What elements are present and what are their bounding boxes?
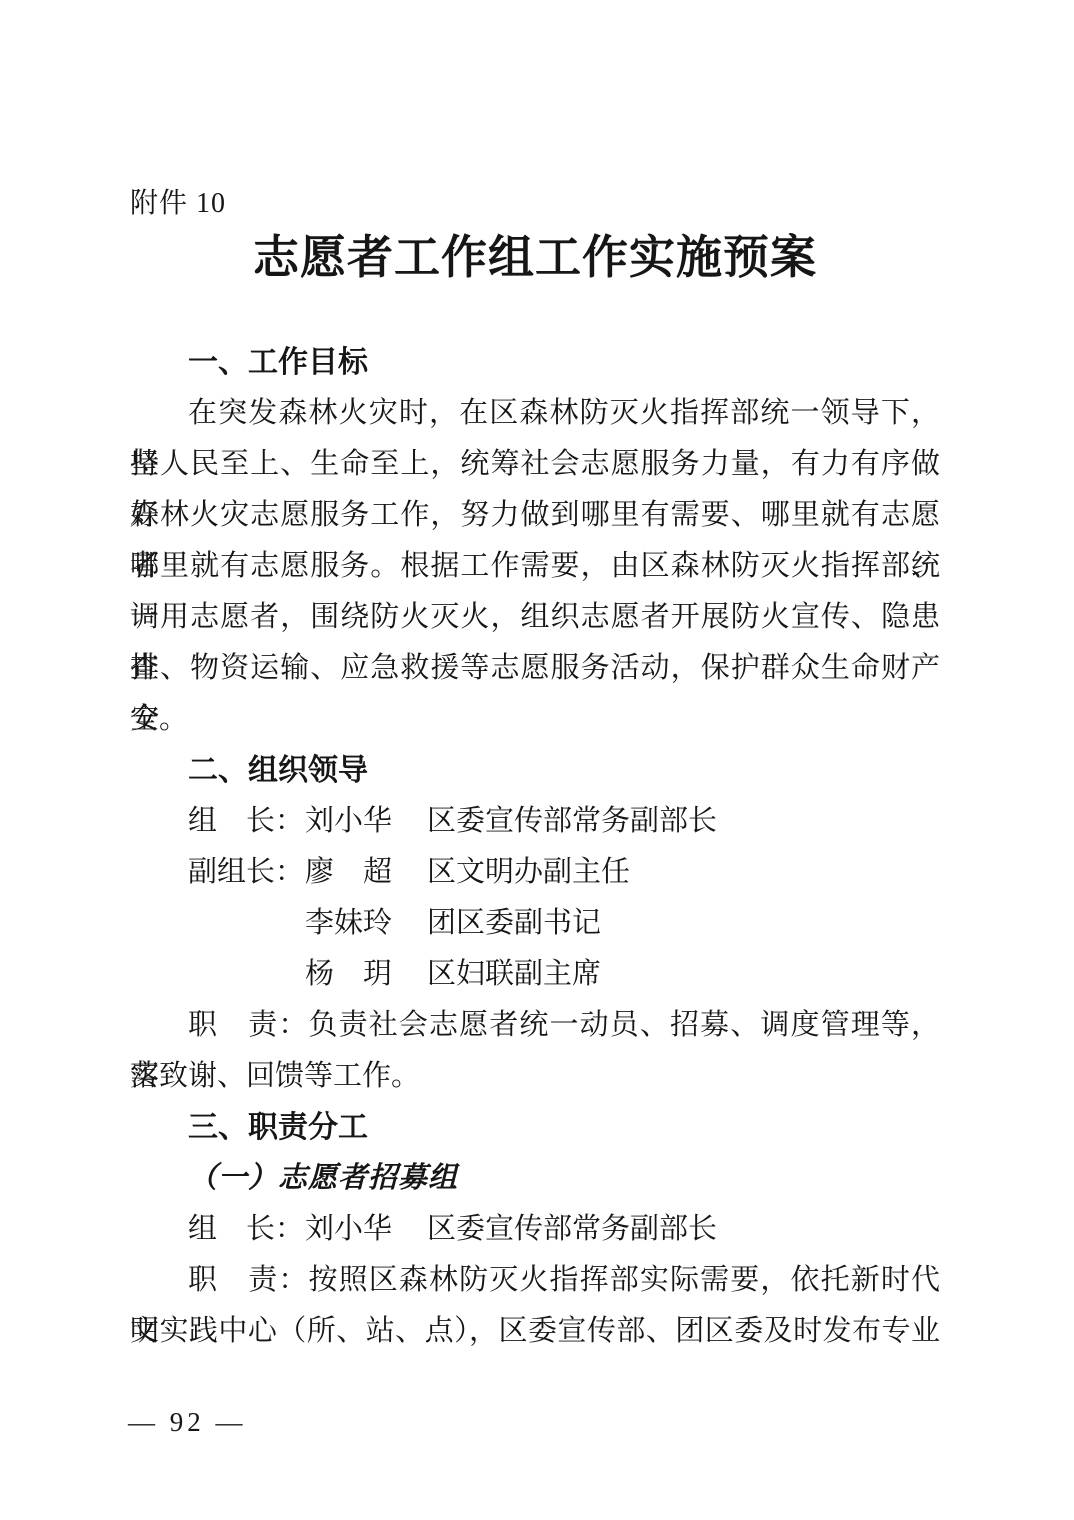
leader-name: 刘小华 xyxy=(305,796,427,847)
leader-name: 廖 超 xyxy=(305,847,427,898)
section3-subheading: （一）志愿者招募组 xyxy=(130,1153,940,1204)
section3-heading: 三、职责分工 xyxy=(130,1102,940,1153)
body-line: 哪里就有志愿服务。根据工作需要，由区森林防灭火指挥部统一 xyxy=(130,541,940,592)
leader-title: 区文明办副主任 xyxy=(427,847,630,898)
body-line: 在突发森林火灾时，在区森林防灭火指挥部统一领导下，坚 xyxy=(130,388,940,439)
document-body: 一、工作目标 在突发森林火灾时，在区森林防灭火指挥部统一领导下，坚 持人民至上、… xyxy=(130,337,940,1357)
leader-name: 刘小华 xyxy=(305,1204,427,1255)
leader-label: 组 长： xyxy=(188,796,305,847)
leader-title: 区委宣传部常务副部长 xyxy=(427,796,717,847)
leader-name: 李妹玲 xyxy=(305,898,427,949)
leader-row: 李妹玲 团区委副书记 xyxy=(130,898,940,949)
body-line: 森林火灾志愿服务工作，努力做到哪里有需要、哪里就有志愿者、 xyxy=(130,490,940,541)
leader-title: 团区委副书记 xyxy=(427,898,601,949)
section2-heading: 二、组织领导 xyxy=(130,745,940,796)
leader-label: 组 长： xyxy=(188,1204,305,1255)
leader-row: 副组长： 廖 超 区文明办副主任 xyxy=(130,847,940,898)
section1-heading: 一、工作目标 xyxy=(130,337,940,388)
leader-label xyxy=(188,898,305,949)
leader-row: 组 长： 刘小华 区委宣传部常务副部长 xyxy=(130,796,940,847)
body-line: 实致谢、回馈等工作。 xyxy=(130,1051,940,1102)
leader-label xyxy=(188,949,305,1000)
leader-name: 杨 玥 xyxy=(305,949,427,1000)
attachment-label: 附件 10 xyxy=(130,186,226,222)
body-line: 调用志愿者，围绕防火灭火，组织志愿者开展防火宣传、隐患排 xyxy=(130,592,940,643)
leader-title: 区委宣传部常务副部长 xyxy=(427,1204,717,1255)
body-line: 全。 xyxy=(130,694,940,745)
document-title: 志愿者工作组工作实施预案 xyxy=(130,222,940,294)
page-number: — 92 — xyxy=(128,1404,247,1440)
body-line: 持人民至上、生命至上，统筹社会志愿服务力量，有力有序做好 xyxy=(130,439,940,490)
body-line: 职 责：负责社会志愿者统一动员、招募、调度管理等，落 xyxy=(130,1000,940,1051)
leader-row: 杨 玥 区妇联副主席 xyxy=(130,949,940,1000)
leader-row: 组 长： 刘小华 区委宣传部常务副部长 xyxy=(130,1204,940,1255)
leader-label: 副组长： xyxy=(188,847,305,898)
body-line: 明实践中心（所、站、点），区委宣传部、团区委及时发布专业 xyxy=(130,1306,940,1357)
body-line: 职 责：按照区森林防灭火指挥部实际需要，依托新时代文 xyxy=(130,1255,940,1306)
document-page: 附件 10 志愿者工作组工作实施预案 一、工作目标 在突发森林火灾时，在区森林防… xyxy=(0,0,1074,1520)
leader-title: 区妇联副主席 xyxy=(427,949,601,1000)
body-line: 查、物资运输、应急救援等志愿服务活动，保护群众生命财产安 xyxy=(130,643,940,694)
